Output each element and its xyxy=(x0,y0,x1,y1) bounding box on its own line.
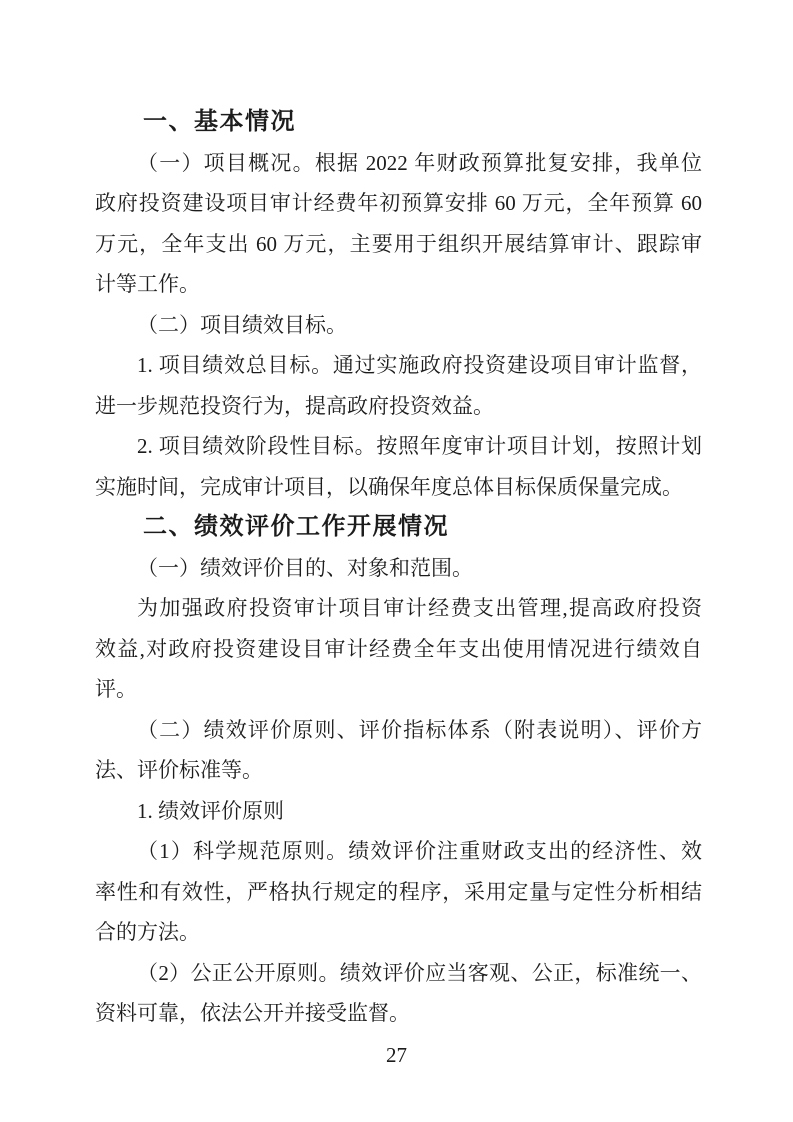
text-line: （一）项目概况。根据 2022 年财政预算批复安排，我单位 xyxy=(95,143,702,184)
text-line: （1）科学规范原则。绩效评价注重财政支出的经济性、效 xyxy=(95,831,702,872)
text-line: 法、评价标准等。 xyxy=(95,750,702,791)
text-line: （2）公正公开原则。绩效评价应当客观、公正，标准统一、 xyxy=(95,953,702,994)
text-line: 1. 项目绩效总目标。通过实施政府投资建设项目审计监督， xyxy=(95,345,702,386)
text-line: 政府投资建设项目审计经费年初预算安排 60 万元，全年预算 60 xyxy=(95,183,702,224)
text-line: 合的方法。 xyxy=(95,912,702,953)
text-line: 2. 项目绩效阶段性目标。按照年度审计项目计划，按照计划 xyxy=(95,426,702,467)
text-line: （二）项目绩效目标。 xyxy=(95,305,702,346)
page-number: 27 xyxy=(0,1042,793,1068)
section-heading: 一、基本情况 xyxy=(95,102,702,143)
text-line: （二）绩效评价原则、评价指标体系（附表说明）、评价方 xyxy=(95,710,702,751)
document-page: 一、基本情况 （一）项目概况。根据 2022 年财政预算批复安排，我单位 政府投… xyxy=(0,0,793,1122)
text-line: 效益,对政府投资建设目审计经费全年支出使用情况进行绩效自 xyxy=(95,629,702,670)
document-body: 一、基本情况 （一）项目概况。根据 2022 年财政预算批复安排，我单位 政府投… xyxy=(95,102,702,1034)
text-line: 资料可靠，依法公开并接受监督。 xyxy=(95,993,702,1034)
section-heading: 二、绩效评价工作开展情况 xyxy=(95,507,702,548)
text-line: 为加强政府投资审计项目审计经费支出管理,提高政府投资 xyxy=(95,588,702,629)
text-line: 率性和有效性，严格执行规定的程序，采用定量与定性分析相结 xyxy=(95,872,702,913)
text-line: 实施时间，完成审计项目，以确保年度总体目标保质保量完成。 xyxy=(95,467,702,508)
text-line: 计等工作。 xyxy=(95,264,702,305)
text-line: 进一步规范投资行为，提高政府投资效益。 xyxy=(95,386,702,427)
text-line: 1. 绩效评价原则 xyxy=(95,791,702,832)
text-line: 万元，全年支出 60 万元，主要用于组织开展结算审计、跟踪审 xyxy=(95,224,702,265)
text-line: 评。 xyxy=(95,669,702,710)
text-line: （一）绩效评价目的、对象和范围。 xyxy=(95,548,702,589)
